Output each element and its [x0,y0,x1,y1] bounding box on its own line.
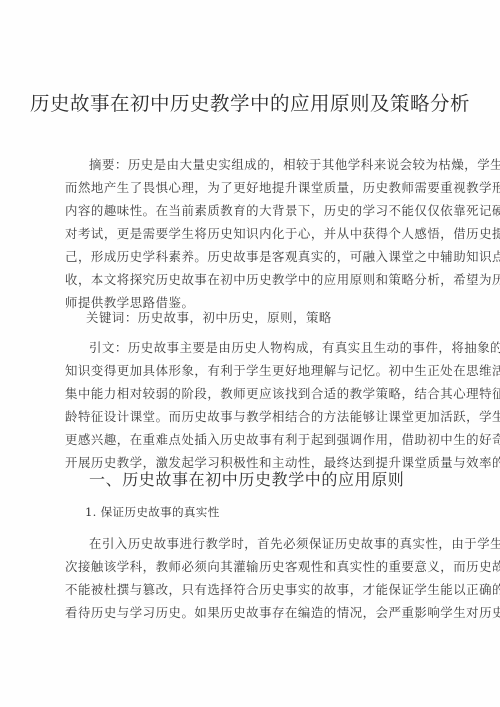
document-title: 历史故事在初中历史教学中的应用原则及策略分析 [0,88,500,116]
intro-line: 引文：历史故事主要是由历史人物构成，有真实且生动的事件，将抽象的历史 [89,338,500,356]
section-line: 不能被杜撰与篡改，只有选择符合历史事实的故事，才能保证学生能以正确的眼光 [65,580,500,598]
section-line: 次接触该学科，教师必须向其灌输历史客观性和真实性的重要意义，而历史故事更 [65,557,500,575]
section-line: 看待历史与学习历史。如果历史故事存在编造的情况，会严重影响学生对历史的认 [65,603,500,621]
intro-line: 更感兴趣，在重难点处插入历史故事有利于起到强调作用，借助初中生的好奇心来 [65,430,500,448]
intro-line: 龄特征设计课堂。而历史故事与教学相结合的方法能够让课堂更加活跃，学生也会 [65,407,500,425]
intro-line: 知识变得更加具体形象，有利于学生更好地理解与记忆。初中生正处在思维活跃、 [65,361,500,379]
intro-line: 集中能力相对较弱的阶段，教师更应该找到合适的教学策略，结合其心理特征与年 [65,384,500,402]
abstract-line: 对考试，更是需要学生将历史知识内化于心，并从中获得个人感悟，借历史提升自 [65,224,500,242]
abstract-line: 己，形成历史学科素养。历史故事是客观真实的，可融入课堂之中辅助知识点的吸 [65,247,500,265]
abstract-line: 摘要：历史是由大量史实组成的，相较于其他学科来说会较为枯燥，学生自然 [89,155,500,173]
document-page: 历史故事在初中历史教学中的应用原则及策略分析 摘要：历史是由大量史实组成的，相较… [0,0,500,707]
section-heading: 一、历史故事在初中历史教学中的应用原则 [89,467,404,490]
abstract-line: 内容的趣味性。在当前素质教育的大背景下，历史的学习不能仅仅依靠死记硬背应 [65,201,500,219]
keywords: 关键词：历史故事，初中历史，原则，策略 [86,308,332,326]
abstract-line: 而然地产生了畏惧心理，为了更好地提升课堂质量，历史教师需要重视教学形式和 [65,178,500,196]
section-line: 在引入历史故事进行教学时，首先必须保证历史故事的真实性，由于学生是初 [89,534,500,552]
abstract-line: 收，本文将探究历史故事在初中历史教学中的应用原则和策略分析，希望为历史教 [65,270,500,288]
sub-heading: 1. 保证历史故事的真实性 [85,504,220,520]
